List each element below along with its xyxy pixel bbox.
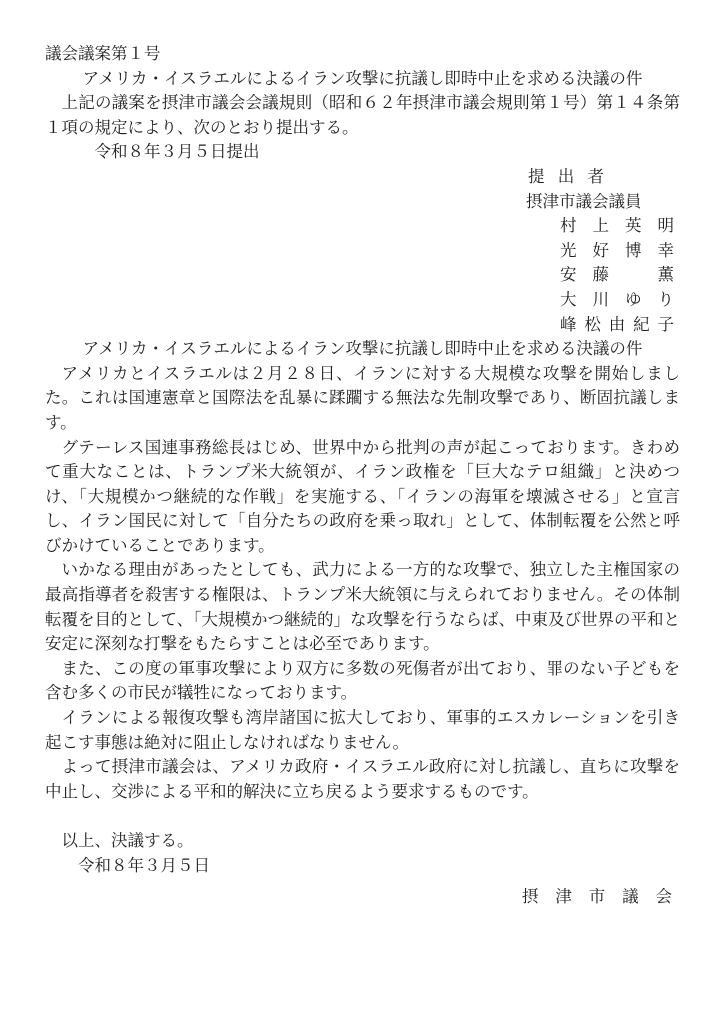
proposer-organization: 摂津市議会議員 <box>526 190 674 215</box>
resolution-paragraph: グテーレス国連事務総長はじめ、世界中から批判の声が起こっております。きわめて重大… <box>45 436 680 559</box>
submission-date: 令和８年３月５日提出 <box>95 140 681 165</box>
resolution-title: アメリカ・イスラエルによるイラン攻撃に抗議し即時中止を求める決議の件 <box>45 337 680 362</box>
bill-title: アメリカ・イスラエルによるイラン攻撃に抗議し即時中止を求める決議の件 <box>45 67 680 92</box>
proposer-name: 大川ゆり <box>560 288 674 313</box>
document-page: 議会議案第１号 アメリカ・イスラエルによるイラン攻撃に抗議し即時中止を求める決議… <box>0 0 724 1024</box>
proposer-name: 峰松由紀子 <box>560 313 674 338</box>
resolution-paragraph: イランによる報復攻撃も湾岸諸国に拡大しており、軍事的エスカレーションを引き起こす… <box>45 706 680 755</box>
closing-statement: 以上、決議する。 <box>45 829 680 854</box>
resolution-paragraph: アメリカとイスラエルは２月２８日、イランに対する大規模な攻撃を開始しました。これ… <box>45 362 680 436</box>
document-number: 議会議案第１号 <box>45 42 680 67</box>
proposer-block: 提出者 摂津市議会議員 村上英明 光好博幸 安藤 薫 大川ゆり 峰松由紀子 <box>526 165 674 337</box>
proposer-name: 光好博幸 <box>560 239 674 264</box>
resolution-paragraph: よって摂津市議会は、アメリカ政府・イスラエル政府に対し抗議し、直ちに攻撃を中止し… <box>45 755 680 804</box>
resolution-paragraph: また、この度の軍事攻撃により双方に多数の死傷者が出ており、罪のない子どもを含む多… <box>45 657 680 706</box>
council-name: 摂津市議会 <box>522 885 672 910</box>
proposer-name: 村上英明 <box>560 214 674 239</box>
intro-paragraph: 上記の議案を摂津市議会会議規則（昭和６２年摂津市議会規則第１号）第１４条第１項の… <box>45 91 680 140</box>
proposer-name: 安藤 薫 <box>560 263 674 288</box>
resolution-date: 令和８年３月５日 <box>78 854 680 879</box>
resolution-paragraph: いかなる理由があったとしても、武力による一方的な攻撃で、独立した主権国家の最高指… <box>45 558 680 656</box>
proposer-label: 提出者 <box>528 165 604 190</box>
